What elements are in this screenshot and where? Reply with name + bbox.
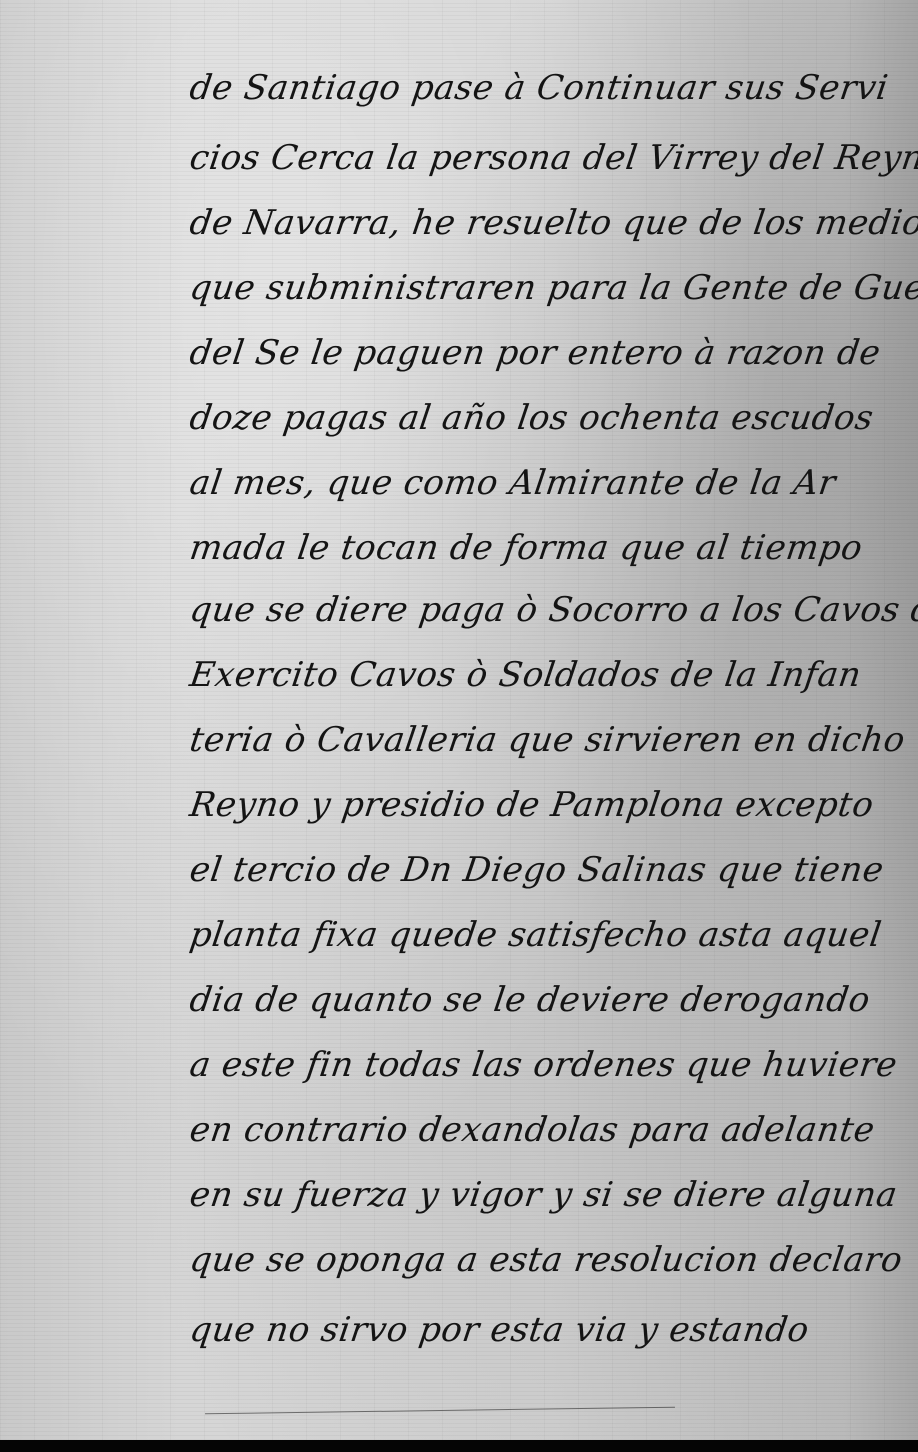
manuscript-line: del Se le paguen por entero à razon de [187,333,833,373]
scan-border [0,1440,918,1452]
manuscript-line: Reyno y presidio de Pamplona excepto [187,785,833,825]
manuscript-line: mada le tocan de forma que al tiempo [187,528,833,568]
manuscript-line: que no sirvo por esta via y estando [187,1310,833,1350]
manuscript-line: cios Cerca la persona del Virrey del Rey… [187,138,833,178]
closing-rule-line [205,1407,675,1415]
manuscript-line: que se oponga a esta resolucion declaro [187,1240,833,1280]
manuscript-page: de Santiago pase à Continuar sus Servi c… [0,0,918,1440]
manuscript-line: de Santiago pase à Continuar sus Servi [187,68,833,108]
manuscript-line: a este fin todas las ordenes que huviere [187,1045,833,1085]
manuscript-line: teria ò Cavalleria que sirvieren en dich… [187,720,833,760]
manuscript-line: que se diere paga ò Socorro a los Cavos … [187,590,833,630]
manuscript-line: dia de quanto se le deviere derogando [187,980,833,1020]
manuscript-line: de Navarra, he resuelto que de los medio… [187,203,833,243]
manuscript-line: el tercio de Dn Diego Salinas que tiene [187,850,833,890]
manuscript-line: planta fixa quede satisfecho asta aquel [187,915,833,955]
manuscript-line: en contrario dexandolas para adelante [187,1110,833,1150]
manuscript-line: que subministraren para la Gente de Guer… [187,268,833,308]
manuscript-line: doze pagas al año los ochenta escudos [187,398,833,438]
manuscript-line: en su fuerza y vigor y si se diere algun… [187,1175,833,1215]
manuscript-line: al mes, que como Almirante de la Ar [187,463,833,503]
manuscript-line: Exercito Cavos ò Soldados de la Infan [187,655,833,695]
